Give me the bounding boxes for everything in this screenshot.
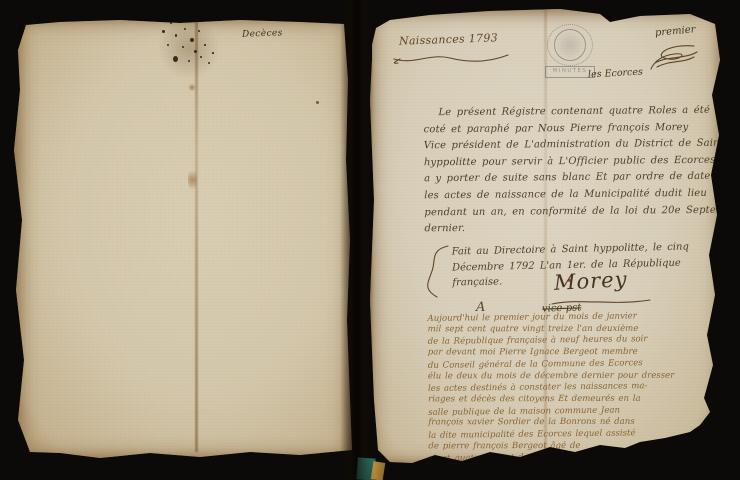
manuscript-line: dernier.	[424, 219, 724, 238]
left-page: Decèces	[12, 16, 354, 462]
manuscript-line: pendant un an, en conformité de la loi d…	[424, 202, 724, 221]
stain	[188, 168, 197, 192]
paper-texture	[12, 16, 354, 462]
manuscript-line: Le présent Régistre contenant quatre Rol…	[423, 103, 723, 122]
register-scan: Decèces Naissances 1793 MINUTES les Ecor…	[0, 0, 740, 480]
deaths-header-label: Decèces	[242, 28, 283, 39]
signature-morey: Morey	[553, 267, 628, 295]
opening-bracket-flourish	[420, 243, 452, 301]
manuscript-line: les actes de naissance de la Municipalit…	[424, 186, 724, 205]
underline-flourish	[390, 50, 512, 66]
stain	[316, 101, 319, 104]
page-number-label: premier	[655, 24, 696, 38]
stain	[188, 84, 196, 91]
manuscript-line: de pierre françois Bergeot âgé de	[428, 440, 733, 453]
stamp-emblem	[554, 29, 586, 61]
right-page: Naissances 1793 MINUTES les Ecorces prem…	[366, 8, 722, 466]
birth-entry-paragraph: Aujourd'hui le premier jour du mois de j…	[427, 311, 733, 465]
ink-splatter	[160, 16, 224, 78]
births-year-header: Naissances 1793	[399, 31, 498, 47]
place-label: les Ecorces	[588, 67, 643, 81]
register-certification-paragraph: Le présent Régistre contenant quatre Rol…	[423, 103, 724, 238]
manuscript-line: vingt quatre ans et de Ignace Joseph Edo…	[428, 451, 733, 466]
page-tab-fragment	[371, 461, 386, 480]
paraph-flourish	[648, 42, 700, 72]
